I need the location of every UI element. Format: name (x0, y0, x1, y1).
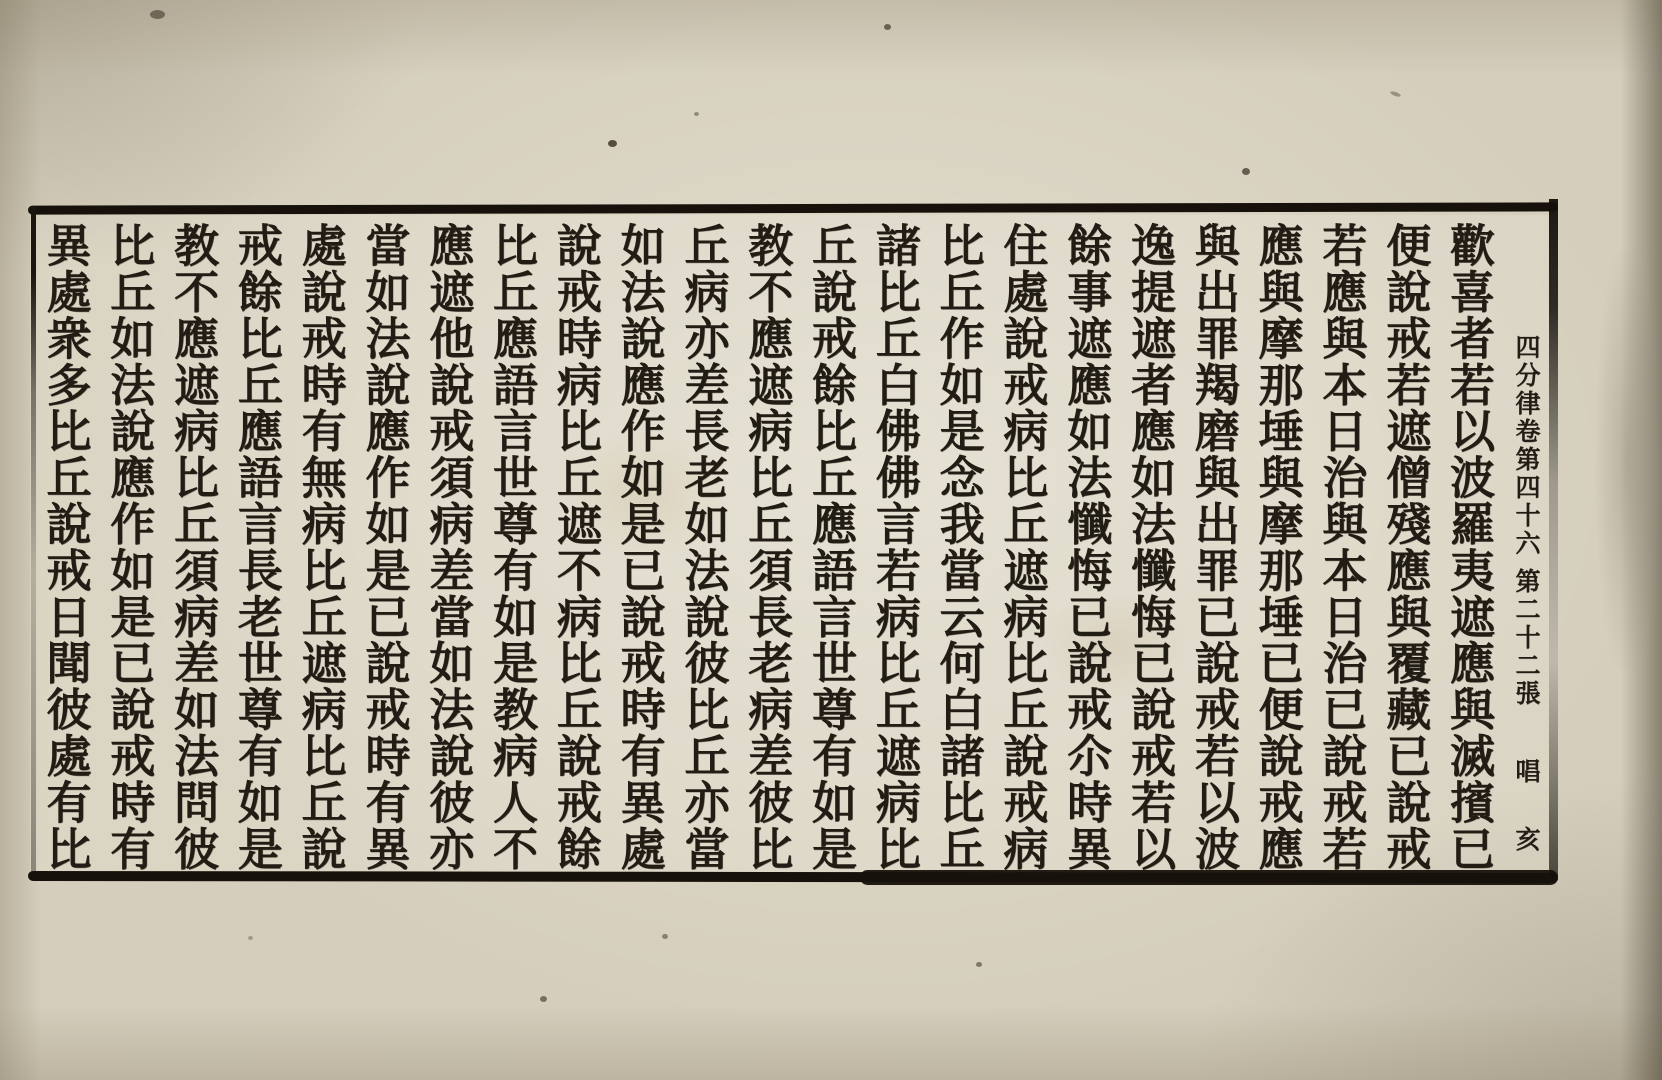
text-column: 諸比丘白佛佛言若病比丘遮病比 (862, 222, 926, 872)
sheet-label-segment: 唱 (1512, 758, 1541, 786)
text-column: 說戒時病比丘遮不病比丘說戒餘 (543, 222, 607, 872)
text-column: 處說戒時有無病比丘遮病比丘說 (288, 222, 352, 872)
paper-stain (1596, 250, 1656, 670)
text-column: 如法說應作如是已說戒時有異處 (607, 222, 671, 872)
text-column: 比丘如法說應作如是已說戒時有 (96, 222, 160, 872)
scroll-page: 四分律卷第四十六第二十二張唱亥 歡喜者若以波羅夷遮應與滅擯已便說戒若遮僧殘應與覆… (0, 0, 1662, 1080)
sheet-label-segment: 四分律卷第四十六 (1512, 334, 1541, 558)
paper-stain (694, 112, 699, 116)
paper-stain (662, 934, 668, 939)
paper-stain (976, 962, 982, 967)
paper-stain (608, 140, 617, 147)
text-column: 便說戒若遮僧殘應與覆藏已說戒 (1372, 222, 1436, 872)
text-column: 教不應遮病比丘須病差如法問彼 (160, 222, 224, 872)
text-column: 當如法說應作如是已說戒時有異 (352, 222, 416, 872)
border-rule-bottom-heavy (860, 870, 1558, 885)
paper-stain (884, 24, 891, 30)
text-column: 逸提遮者應如法懺悔已說戒若以 (1117, 222, 1181, 872)
paper-stain (540, 996, 547, 1002)
border-rule-top (28, 202, 1558, 214)
paper-stain (1242, 168, 1250, 175)
paper-stain (1390, 90, 1402, 98)
sheet-label-segment: 亥 (1512, 826, 1541, 854)
sheet-label-column: 四分律卷第四十六第二十二張唱亥 (1500, 222, 1552, 872)
text-column: 與出罪羯磨與出罪已說戒若以波 (1181, 222, 1245, 872)
text-column: 歡喜者若以波羅夷遮應與滅擯已 (1436, 222, 1500, 872)
text-column: 應與摩那埵與摩那埵已便說戒應 (1245, 222, 1309, 872)
paper-stain (248, 936, 253, 940)
text-column: 若應與本日治與本日治已說戒若 (1309, 222, 1373, 872)
text-column: 異處衆多比丘說戒日聞彼處有比 (33, 222, 97, 872)
text-column: 丘病亦差長老如法說彼比丘亦當 (671, 222, 735, 872)
text-column: 比丘作如是念我當云何白諸比丘 (926, 222, 990, 872)
text-columns: 四分律卷第四十六第二十二張唱亥 歡喜者若以波羅夷遮應與滅擯已便說戒若遮僧殘應與覆… (30, 222, 1552, 872)
text-column: 餘事遮應如法懺悔已說戒尒時異 (1053, 222, 1117, 872)
text-column: 戒餘比丘應語言長老世尊有如是 (224, 222, 288, 872)
text-column: 教不應遮病比丘須長老病差彼比 (734, 222, 798, 872)
text-column: 丘說戒餘比丘應語言世尊有如是 (798, 222, 862, 872)
text-column: 住處說戒病比丘遮病比丘說戒病 (990, 222, 1054, 872)
sheet-label-segment: 第二十二張 (1512, 568, 1541, 708)
text-column: 比丘應語言世尊有如是教病人不 (479, 222, 543, 872)
text-column: 應遮他說戒須病差當如法說彼亦 (415, 222, 479, 872)
paper-stain (150, 10, 165, 19)
